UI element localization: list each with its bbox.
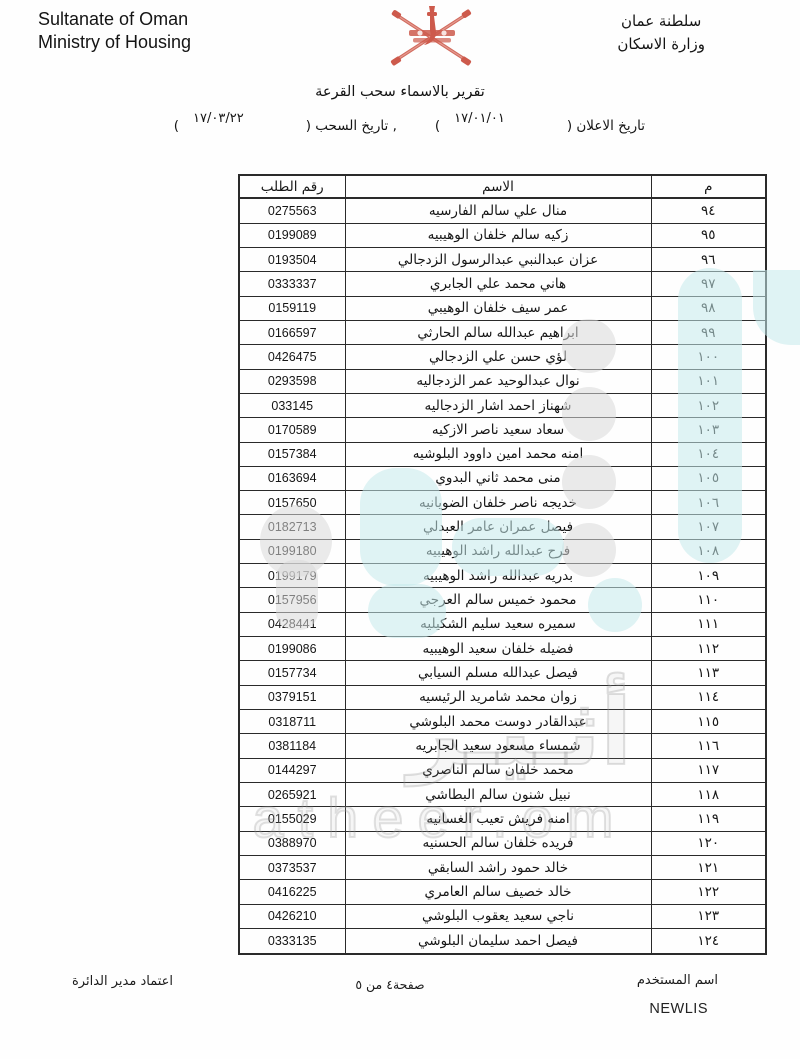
cell-request-no: 0333135 xyxy=(239,929,345,954)
table-row: ١١١سميره سعيد سليم الشكيليه0428441 xyxy=(239,612,766,636)
cell-serial: ١٠١ xyxy=(651,369,766,393)
cell-serial: ١١٤ xyxy=(651,685,766,709)
table-row: ١١٨نبيل شنون سالم البطاشي0265921 xyxy=(239,783,766,807)
cell-serial: ١١٢ xyxy=(651,637,766,661)
cell-serial: ١٢٠ xyxy=(651,831,766,855)
cell-request-no: 0265921 xyxy=(239,783,345,807)
cell-request-no: 0157650 xyxy=(239,491,345,515)
cell-name: سعاد سعيد ناصر الازكيه xyxy=(345,418,651,442)
cell-name: عمر سيف خلفان الوهيبي xyxy=(345,296,651,320)
cell-serial: ١١٧ xyxy=(651,758,766,782)
cell-name: سميره سعيد سليم الشكيليه xyxy=(345,612,651,636)
cell-request-no: 0333337 xyxy=(239,272,345,296)
table-row: ٩٨عمر سيف خلفان الوهيبي0159119 xyxy=(239,296,766,320)
column-header-name: الاسم xyxy=(345,175,651,198)
cell-serial: ٩٨ xyxy=(651,296,766,320)
cell-name: زكيه سالم خلفان الوهيبيه xyxy=(345,223,651,247)
cell-name: فيصل عبدالله مسلم السيابي xyxy=(345,661,651,685)
cell-request-no: 0388970 xyxy=(239,831,345,855)
cell-request-no: 0426475 xyxy=(239,345,345,369)
table-row: ١٠٧فيصل عمران عامر العبدلي0182713 xyxy=(239,515,766,539)
cell-serial: ١٠٩ xyxy=(651,564,766,588)
cell-request-no: 0182713 xyxy=(239,515,345,539)
header-english-line2: Ministry of Housing xyxy=(38,31,191,54)
table-header-row: م الاسم رقم الطلب xyxy=(239,175,766,198)
table-row: ٩٥زكيه سالم خلفان الوهيبيه0199089 xyxy=(239,223,766,247)
draw-date-value: ١٧/٠٣/٢٢ xyxy=(193,111,244,126)
cell-name: فريده خلفان سالم الحسنيه xyxy=(345,831,651,855)
cell-serial: ١١٥ xyxy=(651,710,766,734)
cell-request-no: 0293598 xyxy=(239,369,345,393)
cell-request-no: 0275563 xyxy=(239,198,345,223)
table-row: ١٢٣ناجي سعيد يعقوب البلوشي0426210 xyxy=(239,904,766,928)
cell-serial: ١٢٤ xyxy=(651,929,766,954)
table-row: ١٠٨فرح عبدالله راشد الوهيبيه0199180 xyxy=(239,539,766,563)
table-row: ١٠٣سعاد سعيد ناصر الازكيه0170589 xyxy=(239,418,766,442)
cell-serial: ١١١ xyxy=(651,612,766,636)
column-header-serial: م xyxy=(651,175,766,198)
table-row: ١٠٢شهناز احمد اشار الزدجاليه033145 xyxy=(239,393,766,417)
table-row: ١٢٤فيصل احمد سليمان البلوشي0333135 xyxy=(239,929,766,954)
scanned-document-page: { "colors":{ "emblem_red":"#c94f42", "wa… xyxy=(0,0,800,1059)
table-row: ١٠٤امنه محمد امين داوود البلوشيه0157384 xyxy=(239,442,766,466)
cell-serial: ٩٦ xyxy=(651,247,766,271)
cell-name: فرح عبدالله راشد الوهيبيه xyxy=(345,539,651,563)
cell-name: هاني محمد علي الجابري xyxy=(345,272,651,296)
cell-name: عزان عبدالنبي عبدالرسول الزدجالي xyxy=(345,247,651,271)
cell-request-no: 0155029 xyxy=(239,807,345,831)
table-row: ٩٦عزان عبدالنبي عبدالرسول الزدجالي019350… xyxy=(239,247,766,271)
table-row: ١١٧محمد خلفان سالم الناصري0144297 xyxy=(239,758,766,782)
table-row: ٩٤منال علي سالم الفارسيه0275563 xyxy=(239,198,766,223)
page-number-info: صفحة٤ من ٥ xyxy=(330,977,450,992)
cell-name: نوال عبدالوحيد عمر الزدجاليه xyxy=(345,369,651,393)
cell-serial: ١١٨ xyxy=(651,783,766,807)
cell-name: محمد خلفان سالم الناصري xyxy=(345,758,651,782)
cell-request-no: 0163694 xyxy=(239,466,345,490)
cell-serial: ١٠٤ xyxy=(651,442,766,466)
cell-serial: ٩٩ xyxy=(651,320,766,344)
cell-serial: ١٠٧ xyxy=(651,515,766,539)
cell-name: بدريه عبدالله راشد الوهيبيه xyxy=(345,564,651,588)
announce-date-label: تاريخ الاعلان ( xyxy=(567,118,645,134)
cell-request-no: 0144297 xyxy=(239,758,345,782)
oman-national-emblem-icon xyxy=(383,2,479,72)
cell-serial: ١٠٥ xyxy=(651,466,766,490)
table-row: ١١٢فضيله خلفان سعيد الوهيبيه0199086 xyxy=(239,637,766,661)
cell-name: خالد خصيف سالم العامري xyxy=(345,880,651,904)
cell-request-no: 033145 xyxy=(239,393,345,417)
cell-request-no: 0199180 xyxy=(239,539,345,563)
cell-name: خديجه ناصر خلفان الضويانيه xyxy=(345,491,651,515)
cell-name: فضيله خلفان سعيد الوهيبيه xyxy=(345,637,651,661)
cell-name: فيصل احمد سليمان البلوشي xyxy=(345,929,651,954)
table-row: ١١٤زوان محمد شامريد الرئيسيه0379151 xyxy=(239,685,766,709)
cell-request-no: 0166597 xyxy=(239,320,345,344)
cell-request-no: 0159119 xyxy=(239,296,345,320)
date-line: تاريخ الاعلان (١٧/٠١/٠١), تاريخ السحب (١… xyxy=(174,118,645,134)
lottery-results-table: م الاسم رقم الطلب ٩٤منال علي سالم الفارس… xyxy=(238,174,767,955)
column-header-request-no: رقم الطلب xyxy=(239,175,345,198)
cell-request-no: 0157956 xyxy=(239,588,345,612)
cell-serial: ١٢٢ xyxy=(651,880,766,904)
cell-request-no: 0193504 xyxy=(239,247,345,271)
cell-serial: ١١٦ xyxy=(651,734,766,758)
cell-serial: ١٠٦ xyxy=(651,491,766,515)
director-approval-label: اعتماد مدير الدائرة xyxy=(72,974,173,989)
cell-serial: ٩٥ xyxy=(651,223,766,247)
cell-name: خالد حمود راشد السابقي xyxy=(345,856,651,880)
cell-serial: ١٢١ xyxy=(651,856,766,880)
draw-date-label: , تاريخ السحب ( xyxy=(306,118,397,134)
cell-request-no: 0373537 xyxy=(239,856,345,880)
cell-serial: ١٠٨ xyxy=(651,539,766,563)
cell-name: نبيل شنون سالم البطاشي xyxy=(345,783,651,807)
cell-request-no: 0426210 xyxy=(239,904,345,928)
header-english: Sultanate of Oman Ministry of Housing xyxy=(38,8,191,55)
cell-name: ناجي سعيد يعقوب البلوشي xyxy=(345,904,651,928)
header-english-line1: Sultanate of Oman xyxy=(38,8,191,31)
cell-request-no: 0428441 xyxy=(239,612,345,636)
cell-serial: ١٠٣ xyxy=(651,418,766,442)
cell-name: منال علي سالم الفارسيه xyxy=(345,198,651,223)
cell-name: شهناز احمد اشار الزدجاليه xyxy=(345,393,651,417)
table-row: ١١٦شمساء مسعود سعيد الجابريه0381184 xyxy=(239,734,766,758)
cell-name: فيصل عمران عامر العبدلي xyxy=(345,515,651,539)
cell-name: امنه فريش تعيب الغسانيه xyxy=(345,807,651,831)
cell-request-no: 0199179 xyxy=(239,564,345,588)
announce-date-close: ) xyxy=(435,118,440,134)
table-row: ١٠٥منى محمد ثاني البدوي0163694 xyxy=(239,466,766,490)
table-row: ١٠٠لؤي حسن علي الزدجالي0426475 xyxy=(239,345,766,369)
cell-serial: ١١٣ xyxy=(651,661,766,685)
page-title: تقرير بالاسماء سحب القرعة xyxy=(0,84,800,100)
cell-serial: ٩٤ xyxy=(651,198,766,223)
cell-name: عبدالقادر دوست محمد البلوشي xyxy=(345,710,651,734)
cell-request-no: 0318711 xyxy=(239,710,345,734)
header-arabic-line2: وزارة الاسكان xyxy=(617,33,705,56)
table-row: ١٢١خالد حمود راشد السابقي0373537 xyxy=(239,856,766,880)
username-label: اسم المستخدم xyxy=(637,973,718,988)
table-row: ١٢٠فريده خلفان سالم الحسنيه0388970 xyxy=(239,831,766,855)
cell-name: لؤي حسن علي الزدجالي xyxy=(345,345,651,369)
table-row: ٩٧هاني محمد علي الجابري0333337 xyxy=(239,272,766,296)
cell-serial: ٩٧ xyxy=(651,272,766,296)
cell-request-no: 0416225 xyxy=(239,880,345,904)
cell-request-no: 0170589 xyxy=(239,418,345,442)
cell-name: منى محمد ثاني البدوي xyxy=(345,466,651,490)
cell-serial: ١٢٣ xyxy=(651,904,766,928)
cell-name: محمود خميس سالم العرجي xyxy=(345,588,651,612)
draw-date-close: ) xyxy=(174,118,179,134)
table-row: ١٢٢خالد خصيف سالم العامري0416225 xyxy=(239,880,766,904)
table-row: ١١٥عبدالقادر دوست محمد البلوشي0318711 xyxy=(239,710,766,734)
cell-request-no: 0199086 xyxy=(239,637,345,661)
table-row: ٩٩ابراهيم عبدالله سالم الحارثي0166597 xyxy=(239,320,766,344)
announce-date-value: ١٧/٠١/٠١ xyxy=(454,111,505,126)
cell-request-no: 0381184 xyxy=(239,734,345,758)
cell-request-no: 0157734 xyxy=(239,661,345,685)
cell-serial: ١٠٢ xyxy=(651,393,766,417)
header-arabic: سلطنة عمان وزارة الاسكان xyxy=(617,10,705,57)
cell-serial: ١١٩ xyxy=(651,807,766,831)
table-row: ١١٩امنه فريش تعيب الغسانيه0155029 xyxy=(239,807,766,831)
cell-name: ابراهيم عبدالله سالم الحارثي xyxy=(345,320,651,344)
table-row: ١١٣فيصل عبدالله مسلم السيابي0157734 xyxy=(239,661,766,685)
cell-request-no: 0157384 xyxy=(239,442,345,466)
table-row: ١١٠محمود خميس سالم العرجي0157956 xyxy=(239,588,766,612)
table-row: ١٠٦خديجه ناصر خلفان الضويانيه0157650 xyxy=(239,491,766,515)
cell-name: زوان محمد شامريد الرئيسيه xyxy=(345,685,651,709)
cell-request-no: 0379151 xyxy=(239,685,345,709)
cell-serial: ١٠٠ xyxy=(651,345,766,369)
cell-name: امنه محمد امين داوود البلوشيه xyxy=(345,442,651,466)
cell-request-no: 0199089 xyxy=(239,223,345,247)
table-row: ١٠١نوال عبدالوحيد عمر الزدجاليه0293598 xyxy=(239,369,766,393)
username-value: NEWLIS xyxy=(649,1001,708,1017)
cell-serial: ١١٠ xyxy=(651,588,766,612)
table-row: ١٠٩بدريه عبدالله راشد الوهيبيه0199179 xyxy=(239,564,766,588)
cell-name: شمساء مسعود سعيد الجابريه xyxy=(345,734,651,758)
header-arabic-line1: سلطنة عمان xyxy=(617,10,705,33)
